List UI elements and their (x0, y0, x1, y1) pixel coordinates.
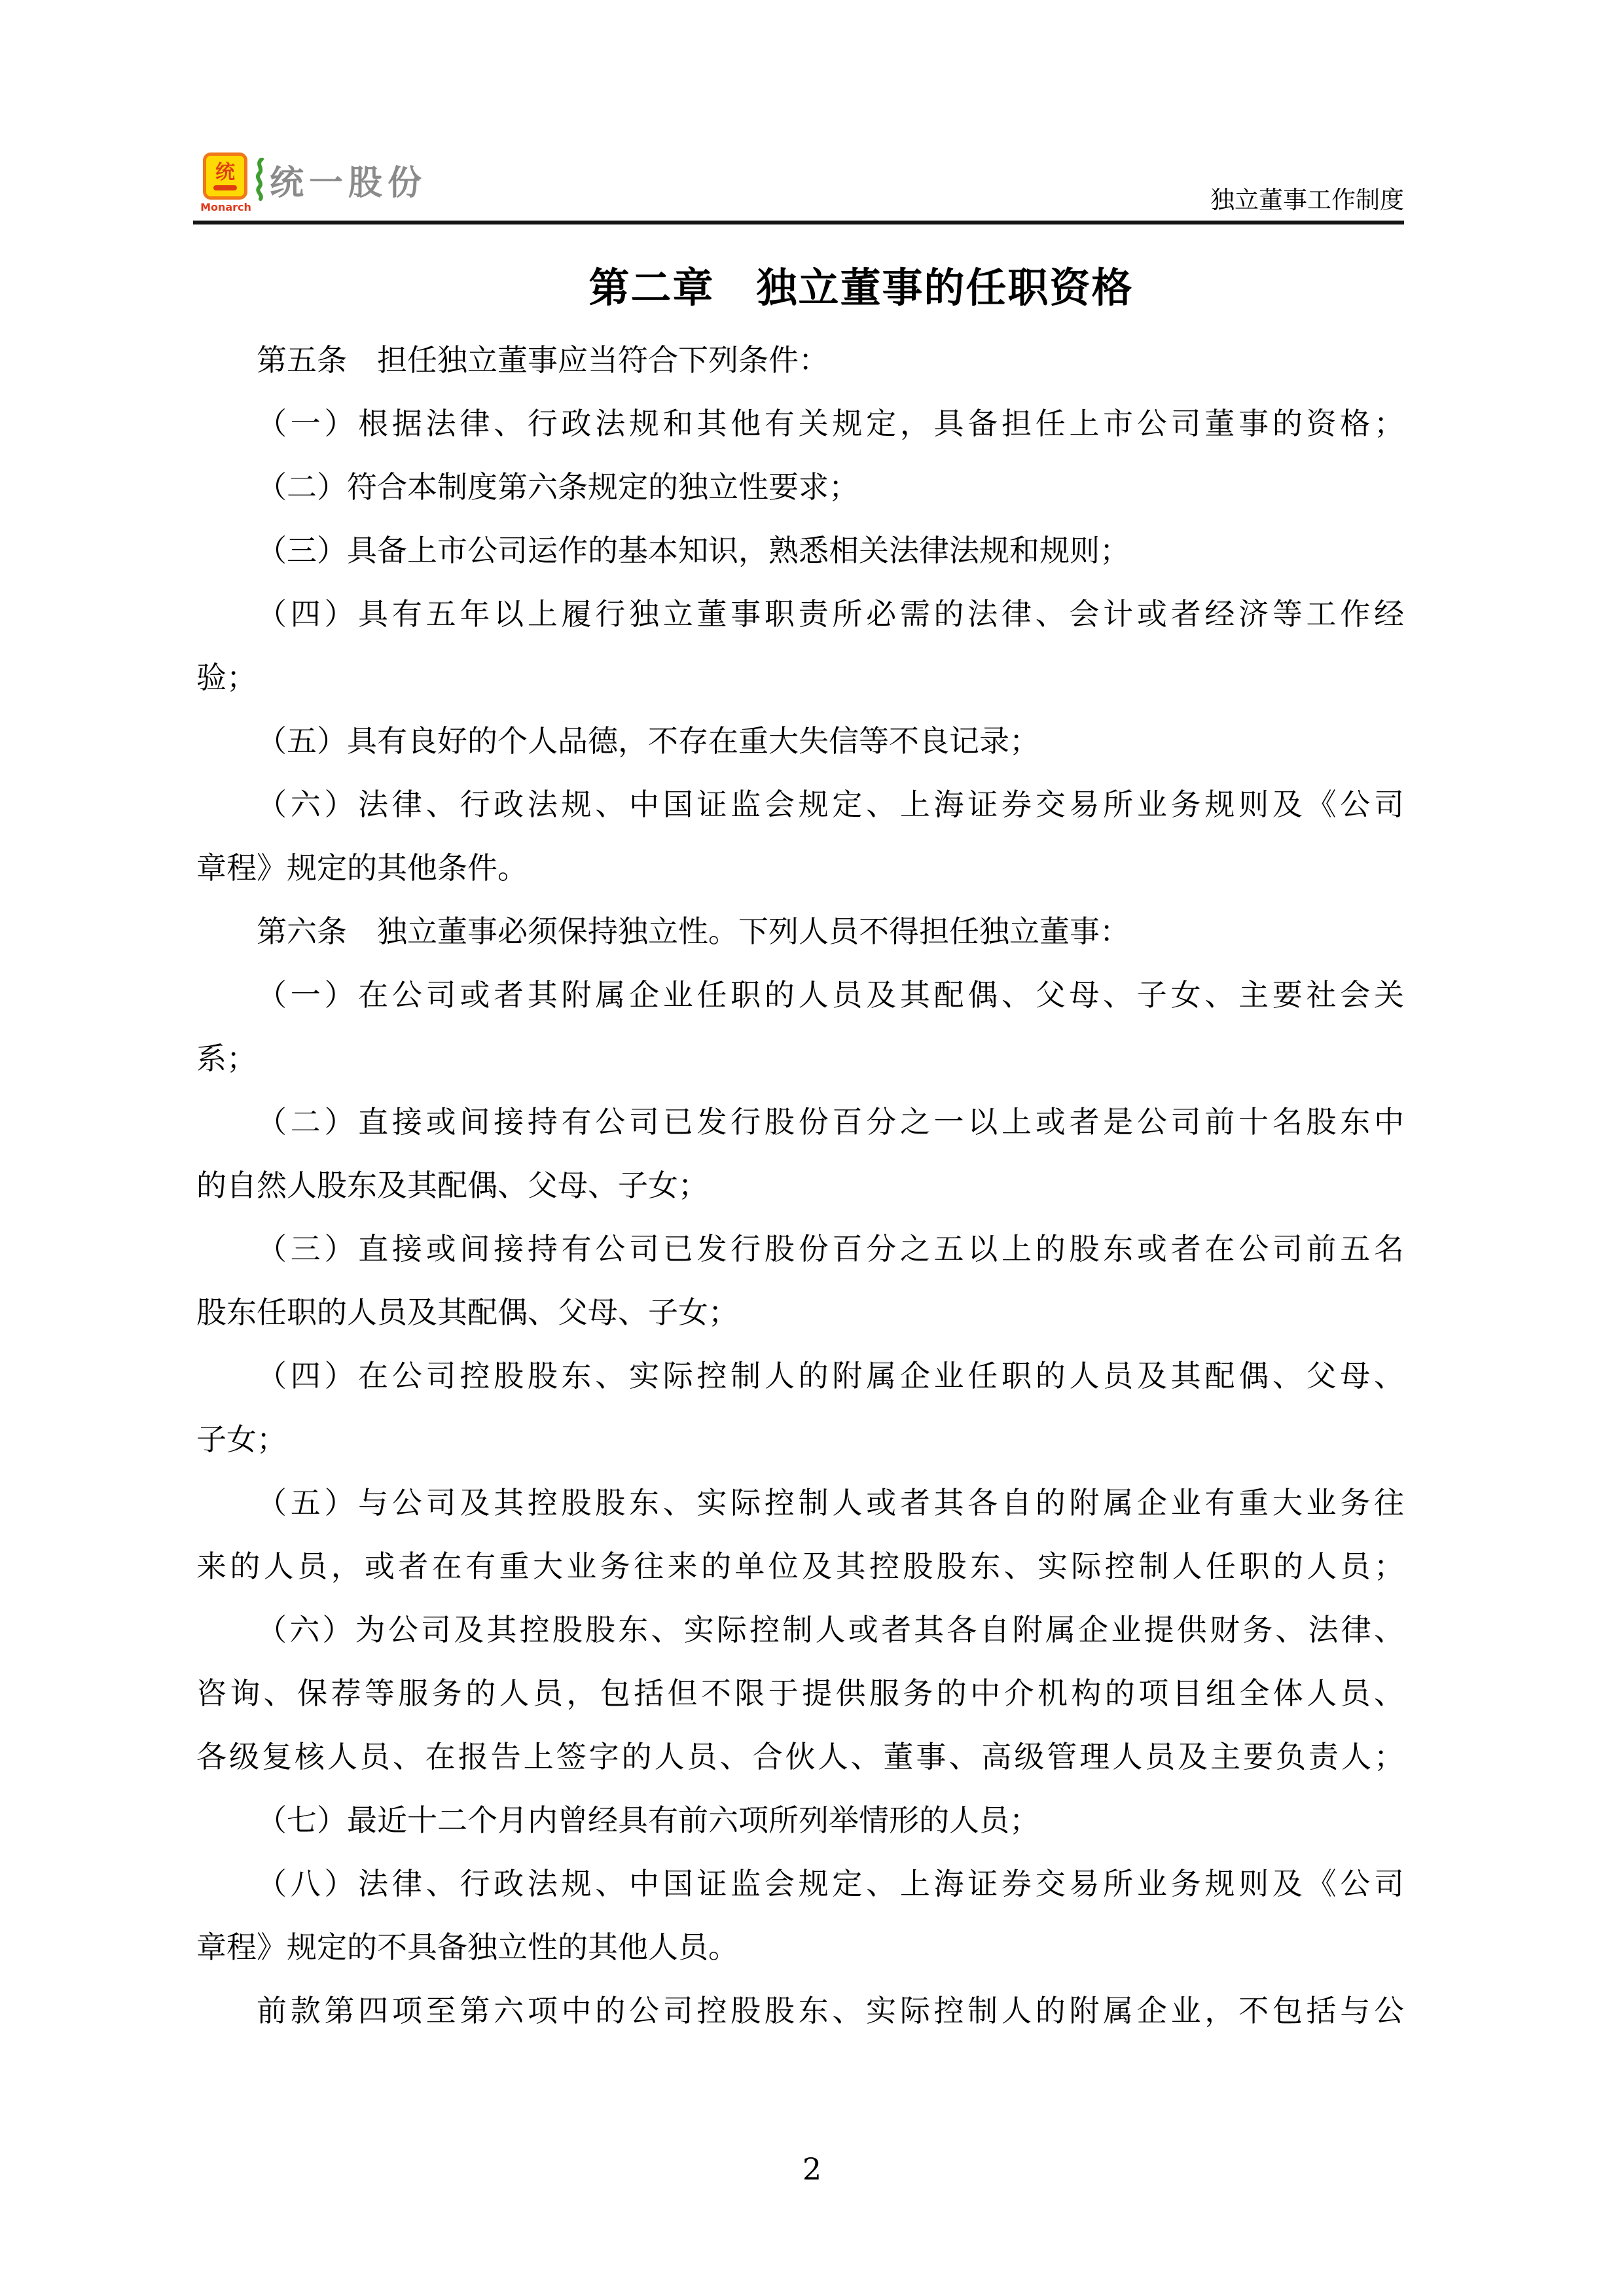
body-line: （二）直接或间接持有公司已发行股份百分之一以上或者是公司前十名股东中 (196, 1090, 1404, 1154)
body-line: 前款第四项至第六项中的公司控股股东、实际控制人的附属企业，不包括与公 (196, 1979, 1404, 2043)
document-page: 统 Monarch 统一股份 独立董事工作制度 第二章 独立董事的任职资格 第五… (0, 0, 1624, 2296)
body-line: （五）具有良好的个人品德，不存在重大失信等不良记录； (196, 709, 1404, 773)
body-line: 来的人员，或者在有重大业务往来的单位及其控股股东、实际控制人任职的人员； (196, 1535, 1404, 1598)
body-line: 咨询、保荐等服务的人员，包括但不限于提供服务的中介机构的项目组全体人员、 (196, 1662, 1404, 1725)
body-line: （七）最近十二个月内曾经具有前六项所列举情形的人员； (196, 1789, 1404, 1852)
body-line: （一）在公司或者其附属企业任职的人员及其配偶、父母、子女、主要社会关 (196, 963, 1404, 1027)
body-line: 第五条 担任独立董事应当符合下列条件： (196, 329, 1404, 392)
body-line: （三）具备上市公司运作的基本知识，熟悉相关法律法规和规则； (196, 519, 1404, 583)
body-line: 验； (196, 646, 1404, 709)
body-line: （五）与公司及其控股股东、实际控制人或者其各自的附属企业有重大业务往 (196, 1471, 1404, 1535)
body-line: 的自然人股东及其配偶、父母、子女； (196, 1154, 1404, 1217)
logo-monarch-text: Monarch (200, 201, 251, 213)
header-divider (193, 221, 1404, 224)
logo-company-name: 统一股份 (270, 155, 427, 204)
body-line: 系； (196, 1027, 1404, 1090)
body-line: （二）符合本制度第六条规定的独立性要求； (196, 456, 1404, 519)
body-line: 章程》规定的不具备独立性的其他人员。 (196, 1916, 1404, 1979)
body-line: （八）法律、行政法规、中国证监会规定、上海证券交易所业务规则及《公司 (196, 1852, 1404, 1916)
body-line: （六）为公司及其控股股东、实际控制人或者其各自附属企业提供财务、法律、 (196, 1598, 1404, 1662)
body-line: （三）直接或间接持有公司已发行股份百分之五以上的股东或者在公司前五名 (196, 1217, 1404, 1281)
body-line: （四）具有五年以上履行独立董事职责所必需的法律、会计或者经济等工作经 (196, 583, 1404, 646)
leaf-icon (253, 158, 267, 201)
document-body: 第五条 担任独立董事应当符合下列条件： （一）根据法律、行政法规和其他有关规定，… (196, 329, 1404, 2043)
document-title: 独立董事工作制度 (1210, 186, 1404, 215)
company-logo: 统 Monarch 统一股份 (203, 152, 478, 218)
logo-badge: 统 (203, 152, 247, 200)
logo-yi-bar-icon (213, 185, 237, 190)
body-line: （一）根据法律、行政法规和其他有关规定，具备担任上市公司董事的资格； (196, 392, 1404, 456)
body-line: （四）在公司控股股东、实际控制人的附属企业任职的人员及其配偶、父母、 (196, 1344, 1404, 1408)
chapter-title: 第二章 独立董事的任职资格 (0, 264, 1624, 312)
body-line: 各级复核人员、在报告上签字的人员、合伙人、董事、高级管理人员及主要负责人； (196, 1725, 1404, 1789)
page-number: 2 (0, 2151, 1624, 2187)
body-line: 股东任职的人员及其配偶、父母、子女； (196, 1281, 1404, 1344)
body-line: 第六条 独立董事必须保持独立性。下列人员不得担任独立董事： (196, 900, 1404, 963)
body-line: 子女； (196, 1408, 1404, 1471)
body-line: （六）法律、行政法规、中国证监会规定、上海证券交易所业务规则及《公司 (196, 773, 1404, 836)
logo-badge-char: 统 (215, 162, 235, 183)
body-line: 章程》规定的其他条件。 (196, 836, 1404, 900)
